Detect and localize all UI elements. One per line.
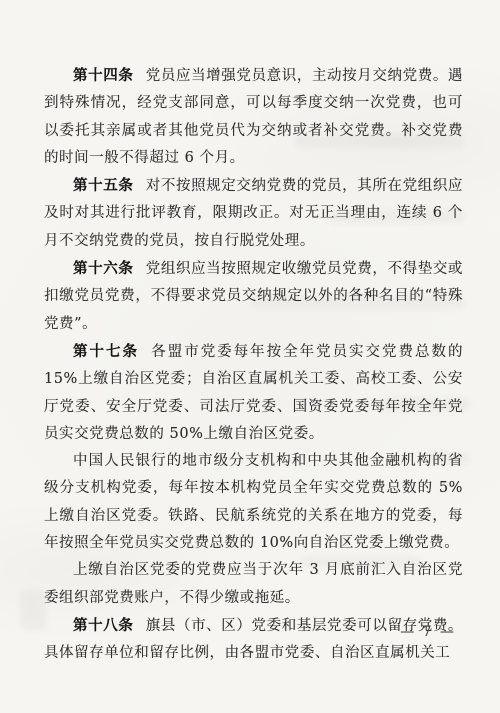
paragraph: 第十四条党员应当增强党员意识，主动按月交纳党费。遇到特殊情况，经党支部同意，可以… bbox=[44, 62, 463, 172]
scanned-document-page: 第十四条党员应当增强党员意识，主动按月交纳党费。遇到特殊情况，经党支部同意，可以… bbox=[0, 0, 500, 713]
paragraph: 第十六条党组织应当按照规定收缴党员党费，不得垫交或扣缴党员党费，不得要求党员交纳… bbox=[44, 255, 463, 338]
document-body: 第十四条党员应当增强党员意识，主动按月交纳党费。遇到特殊情况，经党支部同意，可以… bbox=[44, 62, 463, 668]
paragraph: 第十七条各盟市党委每年按全年党员实交党费总数的15%上缴自治区党委；自治区直属机… bbox=[44, 338, 463, 448]
paragraph: 第十五条对不按照规定交纳党费的党员，其所在党组织应及时对其进行批评教育，限期改正… bbox=[44, 172, 463, 255]
bleedthrough-smudge bbox=[20, 590, 46, 630]
paragraph-text: 中国人民银行的地市级分支机构和中央其他金融机构的省级分支机构党委，每年按本机构党… bbox=[44, 453, 463, 551]
article-term: 第十七条 bbox=[73, 343, 139, 360]
article-term: 第十八条 bbox=[73, 617, 133, 634]
article-term: 第十五条 bbox=[73, 177, 133, 194]
article-term: 第十四条 bbox=[73, 67, 133, 84]
paragraph: 中国人民银行的地市级分支机构和中央其他金融机构的省级分支机构党委，每年按本机构党… bbox=[44, 448, 463, 557]
page-number: — 7 — bbox=[400, 624, 456, 640]
paragraph-text: 上缴自治区党委的党费应当于次年 3 月底前汇入自治区党委组织部党费账户，不得少缴… bbox=[44, 562, 463, 605]
article-term: 第十六条 bbox=[73, 260, 133, 277]
paragraph: 上缴自治区党委的党费应当于次年 3 月底前汇入自治区党委组织部党费账户，不得少缴… bbox=[44, 557, 463, 612]
